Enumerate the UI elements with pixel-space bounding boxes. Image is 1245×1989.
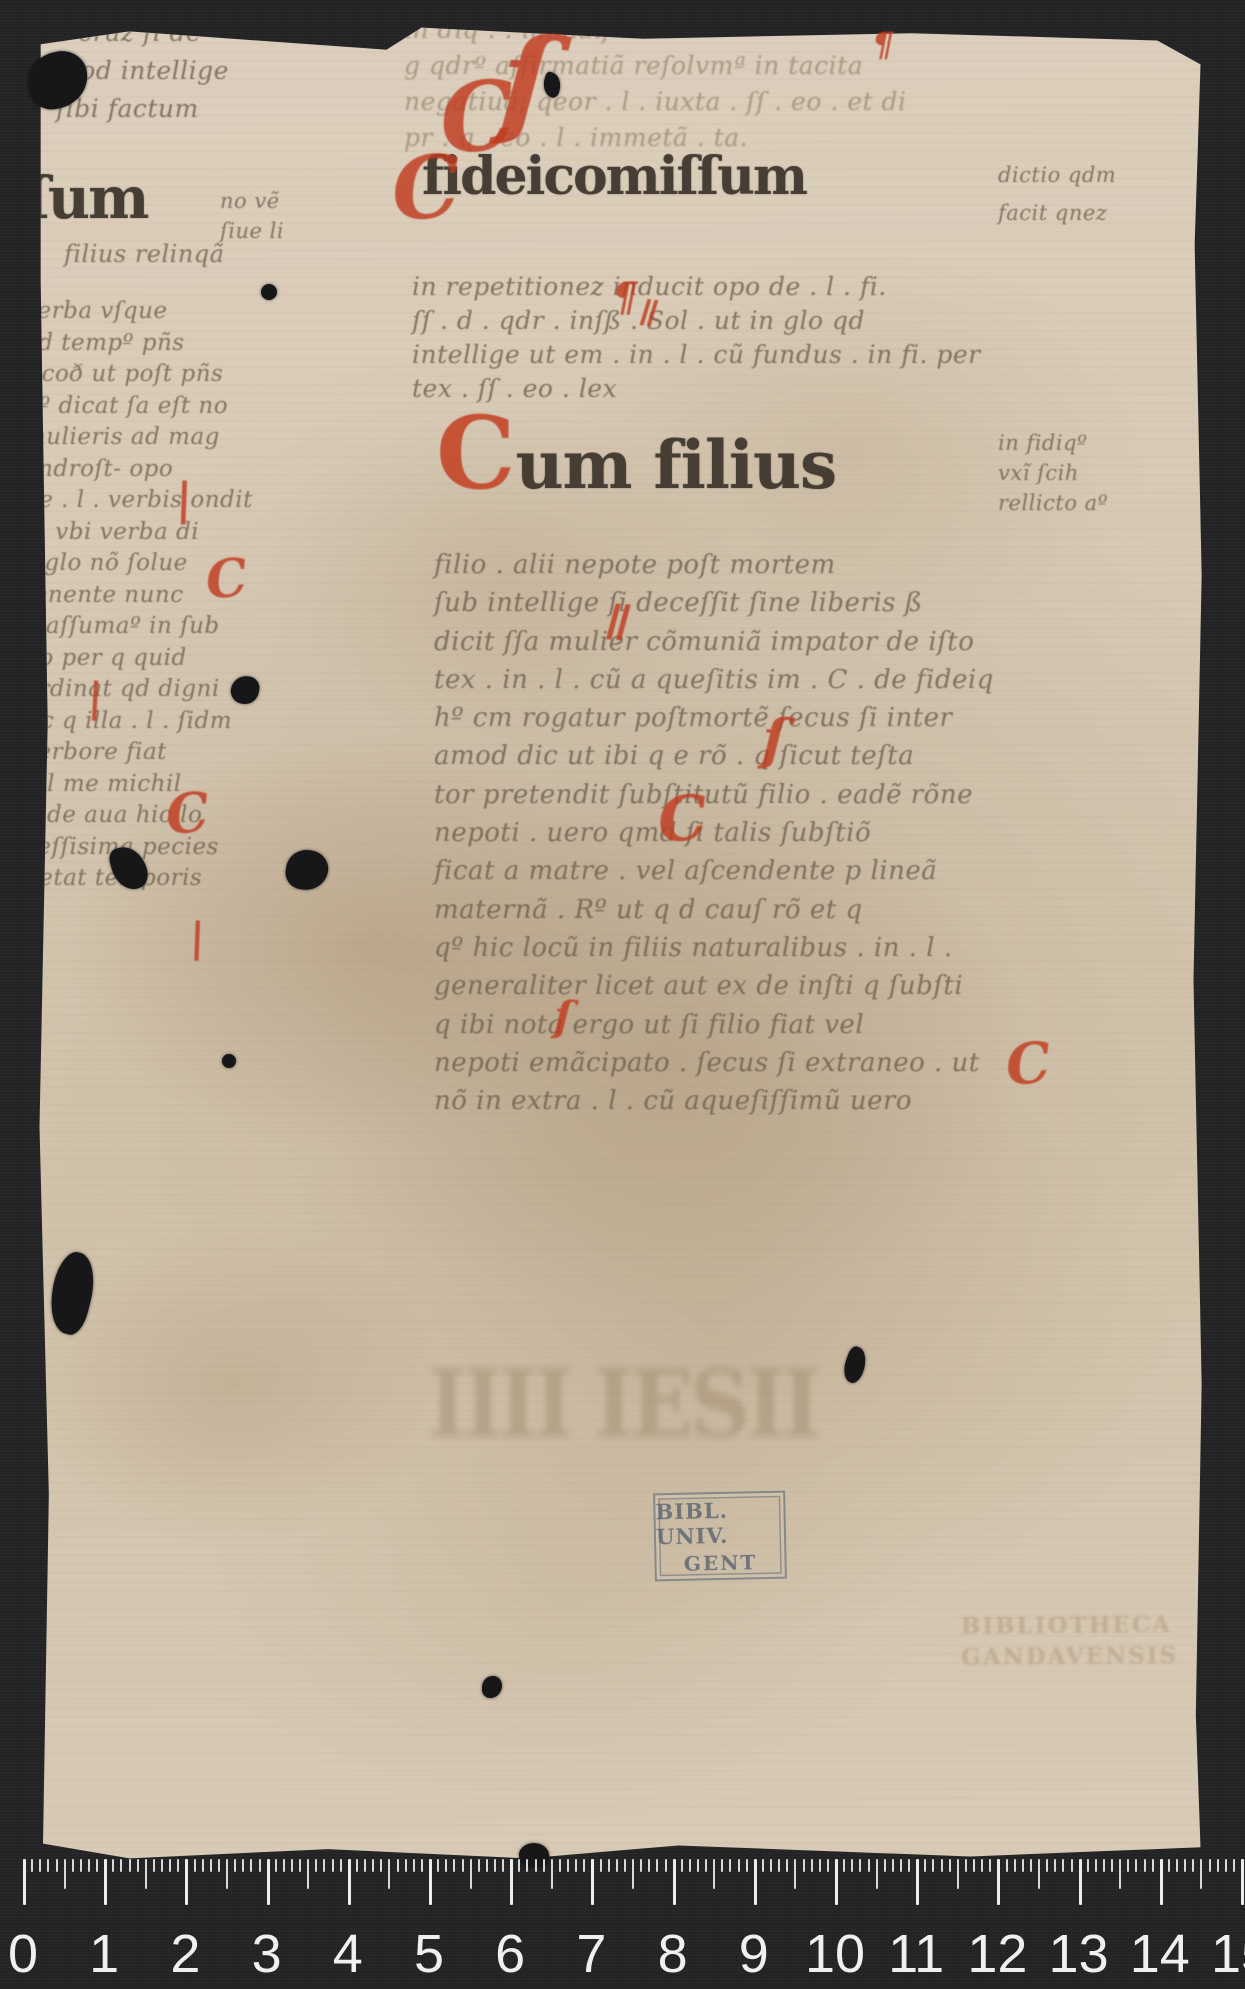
- ruler-tick: [819, 1859, 821, 1872]
- ruler-tick: [1200, 1859, 1202, 1889]
- manuscript-line: dictio qdm: [998, 156, 1116, 194]
- manuscript-line: intellige ut em . in . l . cũ fundus . i…: [412, 338, 981, 372]
- rubric-mark: ſ: [761, 711, 788, 768]
- manuscript-line: no vẽ: [220, 186, 284, 216]
- ruler-tick: [307, 1859, 309, 1889]
- ruler-tick: [275, 1859, 277, 1872]
- rubric-mark: |: [175, 478, 193, 523]
- ruler-tick: [518, 1859, 520, 1872]
- manuscript-line: q ibi nota ergo ut ſi filio fiat vel: [434, 1006, 994, 1044]
- left-heading-text: ſſum: [2, 164, 147, 232]
- rubric-mark: |: [87, 678, 104, 719]
- ruler-tick: [868, 1859, 870, 1872]
- parchment-hole: [261, 284, 277, 300]
- ruler-tick: [388, 1859, 390, 1889]
- ruler-tick: [1241, 1859, 1244, 1905]
- ruler-tick: [1095, 1859, 1097, 1872]
- ruler-tick: [859, 1859, 861, 1872]
- ruler-tick: [494, 1859, 496, 1872]
- ruler-tick: [1079, 1859, 1082, 1905]
- ruler-number: 0: [0, 1923, 55, 1985]
- ruler-number: 15: [1209, 1923, 1245, 1985]
- heading-cum-filius: Cum filius: [436, 408, 836, 504]
- ruler-tick: [551, 1859, 553, 1889]
- rubric-mark: ſ: [553, 996, 573, 1039]
- ruler-tick: [1233, 1859, 1235, 1872]
- manuscript-line: ın dıq . . ımmaıſ .: [404, 12, 907, 48]
- ruler-tick: [340, 1859, 342, 1872]
- manuscript-line: tex . in . l . cũ a queſitis im . C . de…: [434, 661, 994, 699]
- ruler-tick: [267, 1859, 270, 1905]
- ruler-number: 5: [397, 1923, 461, 1985]
- ruler-tick: [965, 1859, 967, 1872]
- manuscript-line: hº cm rogatur poſtmortẽ ſecus ſi inter: [434, 699, 994, 737]
- manuscript-line: maternã . Rº ut q d cauſ rõ et q: [434, 891, 994, 929]
- ruler-tick: [762, 1859, 764, 1872]
- ruler-tick: [356, 1859, 358, 1872]
- ruler-tick: [697, 1859, 699, 1872]
- ruler-tick: [1022, 1859, 1024, 1872]
- rubric-mark: |: [189, 918, 205, 958]
- ruler-tick: [648, 1859, 650, 1872]
- manuscript-line: in repetitionez inducit opo de . l . fi.: [412, 270, 981, 304]
- ruler-tick: [1119, 1859, 1121, 1889]
- manuscript-line: ſſ . d . qdr . inſß . Sol . ut in glo qd: [412, 304, 981, 338]
- ruler-tick: [843, 1859, 845, 1872]
- manuscript-line: ſiue li: [220, 216, 284, 246]
- ruler-tick: [299, 1859, 301, 1872]
- rubric-mark: ¶: [612, 278, 637, 318]
- left-heading-margin-note: no vẽſiue li: [220, 186, 284, 246]
- ruler-tick: [153, 1859, 155, 1872]
- ruler-tick: [526, 1859, 528, 1872]
- ruler-tick: [957, 1859, 959, 1889]
- ruler-tick: [803, 1859, 805, 1872]
- ruler-tick: [705, 1859, 707, 1872]
- ruler-tick: [932, 1859, 934, 1872]
- ruler-tick: [673, 1859, 676, 1905]
- ruler-tick: [535, 1859, 537, 1872]
- ruler-tick: [218, 1859, 220, 1872]
- manuscript-line: ɛ craz ſi de: [56, 14, 229, 52]
- ruler-tick: [1225, 1859, 1227, 1872]
- manuscript-line: rellicto aº: [998, 488, 1108, 518]
- ruler-tick: [1111, 1859, 1113, 1872]
- rubric-mark: ǁ: [604, 597, 632, 649]
- ruler-number: 1: [72, 1923, 136, 1985]
- manuscript-photo-scene: ɛ craz ſi demod intelligeſibi factum ſſu…: [0, 0, 1245, 1989]
- ruler-tick: [169, 1859, 171, 1872]
- rubric-mark: C: [164, 784, 212, 842]
- ruler-tick: [234, 1859, 236, 1872]
- rubric-mark: ǁ: [638, 295, 659, 333]
- ruler-tick: [31, 1859, 33, 1872]
- manuscript-line: l . vbi verba di: [24, 517, 253, 549]
- manuscript-line: fic q illa . l . ſidm: [24, 706, 253, 738]
- heading1-margin-note: dictio qdmfacit qnez: [998, 156, 1116, 232]
- ruler-number: 2: [153, 1923, 217, 1985]
- ruler-tick: [1087, 1859, 1089, 1872]
- ruler-tick: [56, 1859, 58, 1872]
- ruler-tick: [429, 1859, 432, 1905]
- ruler-tick: [332, 1859, 334, 1872]
- ruler-tick: [892, 1859, 894, 1872]
- ghost-stamp: BIBLIOTHECA GANDAVENSIS: [961, 1609, 1179, 1673]
- ruler-tick: [23, 1859, 26, 1905]
- ruler-tick: [405, 1859, 407, 1872]
- ruler-tick: [616, 1859, 618, 1872]
- ruler-tick: [194, 1859, 196, 1872]
- ruler-tick: [575, 1859, 577, 1872]
- manuscript-line: ſub intellige ſi deceſſit ſine liberis ß: [434, 584, 994, 622]
- ruler-tick: [1014, 1859, 1016, 1872]
- ruler-tick: [567, 1859, 569, 1872]
- left-heading-fragment: ſſum: [2, 164, 147, 232]
- ghost-stamp-line1: BIBLIOTHECA: [961, 1609, 1178, 1642]
- manuscript-line: filius relinqã: [64, 238, 224, 270]
- ruler-tick: [811, 1859, 813, 1872]
- library-stamp-line2: GENT: [684, 1550, 758, 1576]
- ruler-tick: [202, 1859, 204, 1872]
- ruler-tick: [713, 1859, 715, 1889]
- ruler-tick: [161, 1859, 163, 1872]
- ruler-tick: [364, 1859, 366, 1872]
- ruler-scale: 0123456789101112131415: [0, 1857, 1245, 1989]
- ruler-tick: [770, 1859, 772, 1872]
- ruler-tick: [1184, 1859, 1186, 1872]
- ruler-tick: [1135, 1859, 1137, 1872]
- ruler-tick: [486, 1859, 488, 1872]
- ruler-tick: [656, 1859, 658, 1872]
- ruler-tick: [478, 1859, 480, 1872]
- heading-cum-filius-text: um filius: [516, 426, 837, 504]
- ruler-tick: [884, 1859, 886, 1872]
- ruler-tick: [120, 1859, 122, 1872]
- parchment-hole: [222, 1054, 236, 1068]
- ruler-tick: [1192, 1859, 1194, 1872]
- ruler-tick: [372, 1859, 374, 1872]
- ruler-tick: [1046, 1859, 1048, 1872]
- ruler-tick: [226, 1859, 228, 1889]
- ruler-tick: [916, 1859, 919, 1905]
- rubric-mark: C: [655, 786, 710, 852]
- ruler-number: 10: [803, 1923, 867, 1985]
- ruler-tick: [851, 1859, 853, 1872]
- ruler-tick: [1144, 1859, 1146, 1872]
- ruler-tick: [210, 1859, 212, 1872]
- ruler-tick: [1006, 1859, 1008, 1872]
- ghost-stamp-line2: GANDAVENSIS: [961, 1640, 1178, 1673]
- ruler-tick: [681, 1859, 683, 1872]
- heading2-margin-note: in fidiqºvxĩ ſcihrellicto aº: [998, 428, 1108, 518]
- ruler-tick: [72, 1859, 74, 1872]
- ruler-number: 9: [722, 1923, 786, 1985]
- ruler-tick: [1176, 1859, 1178, 1872]
- manuscript-line: de . l . verbis ondit: [24, 485, 253, 517]
- rubric-mark: C: [203, 552, 250, 608]
- ruler-tick: [941, 1859, 943, 1872]
- ruler-tick: [502, 1859, 504, 1872]
- manuscript-line: facit qnez: [998, 194, 1116, 232]
- manuscript-line: vxĩ ſcih: [998, 458, 1108, 488]
- ruler-tick: [315, 1859, 317, 1872]
- library-stamp: BIBL. UNIV. GENT: [653, 1491, 787, 1582]
- manuscript-line: amod dic ut ibi q e rõ . q ſicut teſta: [434, 737, 994, 775]
- ruler-tick: [129, 1859, 131, 1872]
- ruler-tick: [47, 1859, 49, 1872]
- ruler-tick: [96, 1859, 98, 1872]
- ruler-tick: [64, 1859, 66, 1889]
- main-mid-lines: in repetitionez inducit opo de . l . fi.…: [412, 270, 981, 406]
- ruler-tick: [738, 1859, 740, 1872]
- main-body-paragraph: filio . alii nepote poſt mortemſub intel…: [434, 546, 994, 1120]
- ruler-tick: [39, 1859, 41, 1872]
- ruler-tick: [778, 1859, 780, 1872]
- manuscript-line: nepoti emãcipato . ſecus ſi extraneo . u…: [434, 1044, 994, 1082]
- left-subline: filius relinqã: [64, 238, 224, 270]
- ruler-tick: [380, 1859, 382, 1872]
- manuscript-line: verba vſque: [24, 296, 253, 328]
- ruler-tick: [470, 1859, 472, 1889]
- ruler-tick: [924, 1859, 926, 1872]
- ruler-tick: [177, 1859, 179, 1872]
- ruler-number: 7: [559, 1923, 623, 1985]
- ruler-tick: [908, 1859, 910, 1872]
- ruler-tick: [413, 1859, 415, 1872]
- ruler-tick: [88, 1859, 90, 1872]
- ruler-tick: [1062, 1859, 1064, 1872]
- ruler-tick: [608, 1859, 610, 1872]
- manuscript-line: hº dicat ſa eſt no: [24, 391, 253, 423]
- rubric-mark: ¶: [872, 28, 894, 62]
- ruler-tick: [437, 1859, 439, 1872]
- ruler-tick: [640, 1859, 642, 1872]
- manuscript-line: nepoti . uero qmd ſi talis ſubſtiõ: [434, 814, 994, 852]
- rubric-mark: C: [1004, 1034, 1053, 1094]
- ruler-tick: [786, 1859, 788, 1872]
- manuscript-line: tor pretendit ſubſtitutũ filio . eadẽ rõ…: [434, 776, 994, 814]
- ruler-tick: [1160, 1859, 1163, 1905]
- rubric-mark: C: [389, 144, 463, 235]
- ruler-tick: [543, 1859, 545, 1872]
- ruler-tick: [242, 1859, 244, 1872]
- ruler-number: 12: [965, 1923, 1029, 1985]
- manuscript-line: filio . alii nepote poſt mortem: [434, 546, 994, 584]
- ruler-tick: [729, 1859, 731, 1872]
- ruler-tick: [462, 1859, 464, 1872]
- ruler-tick: [624, 1859, 626, 1872]
- ruler-tick: [591, 1859, 594, 1905]
- manuscript-line: no per q quid: [24, 643, 253, 675]
- manuscript-line: endroſt- opo: [24, 454, 253, 486]
- manuscript-line: in fidiqº: [998, 428, 1108, 458]
- ruler-tick: [397, 1859, 399, 1872]
- ruler-tick: [421, 1859, 423, 1872]
- ruler-number: 14: [1128, 1923, 1192, 1985]
- ruler-tick: [445, 1859, 447, 1872]
- manuscript-line: qº hic locũ in filiis naturalibus . in .…: [434, 929, 994, 967]
- ruler-tick: [754, 1859, 757, 1905]
- ruler-number: 6: [478, 1923, 542, 1985]
- ruler-tick: [250, 1859, 252, 1872]
- ruler-tick: [1071, 1859, 1073, 1872]
- manuscript-line: ad tempº pñs: [24, 328, 253, 360]
- ruler-number: 13: [1047, 1923, 1111, 1985]
- manuscript-line: ficat a matre . vel aſcendente p lineã: [434, 852, 994, 890]
- ruler-tick: [1209, 1859, 1211, 1872]
- ruler-tick: [900, 1859, 902, 1872]
- ruler-tick: [1030, 1859, 1032, 1872]
- ruler-tick: [145, 1859, 147, 1889]
- manuscript-line: ticoð ut poſt pñs: [24, 359, 253, 391]
- manuscript-line: nil me michil: [24, 769, 253, 801]
- ruler-tick: [510, 1859, 513, 1905]
- ruler-tick: [973, 1859, 975, 1872]
- ruler-tick: [348, 1859, 351, 1905]
- rubric-initial-C: C: [436, 394, 516, 512]
- ruler-tick: [283, 1859, 285, 1872]
- manuscript-line: nõ in extra . l . cũ aqueſiſſimũ uero: [434, 1082, 994, 1120]
- ruler-number: 11: [884, 1923, 948, 1985]
- manuscript-line: ordinat qd digni: [24, 674, 253, 706]
- ruler-tick: [1168, 1859, 1170, 1872]
- ruler-tick: [583, 1859, 585, 1872]
- ruler-tick: [453, 1859, 455, 1872]
- ruler-tick: [323, 1859, 325, 1872]
- ruler-tick: [1038, 1859, 1040, 1889]
- library-stamp-line1: BIBL. UNIV.: [655, 1496, 784, 1549]
- ruler-number: 3: [235, 1923, 299, 1985]
- ruler-tick: [949, 1859, 951, 1872]
- ruler-number: 4: [316, 1923, 380, 1985]
- ruler-tick: [80, 1859, 82, 1872]
- manuscript-line: q de aua hic lo: [24, 800, 253, 832]
- ruler-tick: [689, 1859, 691, 1872]
- ruler-tick: [1127, 1859, 1129, 1872]
- ruler-tick: [559, 1859, 561, 1872]
- ruler-tick: [632, 1859, 634, 1889]
- ruler-tick: [104, 1859, 107, 1905]
- ruler-tick: [794, 1859, 796, 1889]
- ruler-tick: [259, 1859, 261, 1872]
- ruler-tick: [1103, 1859, 1105, 1872]
- manuscript-line: e aſſumaº in ſub: [24, 611, 253, 643]
- ruler-tick: [746, 1859, 748, 1872]
- ruler-tick: [291, 1859, 293, 1872]
- ruler-tick: [112, 1859, 114, 1872]
- manuscript-line: ſibi factum: [56, 90, 229, 128]
- ruler-tick: [1054, 1859, 1056, 1872]
- ruler-tick: [1152, 1859, 1154, 1872]
- ruler-tick: [721, 1859, 723, 1872]
- ruler-number: 8: [641, 1923, 705, 1985]
- ruler-tick: [835, 1859, 838, 1905]
- bleedthrough-text: IIII IESII: [428, 1348, 817, 1459]
- manuscript-line: mulieris ad mag: [24, 422, 253, 454]
- ruler-tick: [997, 1859, 1000, 1905]
- ruler-tick: [600, 1859, 602, 1872]
- manuscript-line: verbore fiat: [24, 737, 253, 769]
- ruler-tick: [665, 1859, 667, 1872]
- ruler-tick: [989, 1859, 991, 1872]
- ruler-tick: [981, 1859, 983, 1872]
- ruler-tick: [827, 1859, 829, 1872]
- ruler-tick: [137, 1859, 139, 1872]
- ruler-tick: [876, 1859, 878, 1889]
- manuscript-line: generaliter licet aut ex de inſti q ſubſ…: [434, 967, 994, 1005]
- manuscript-line: dicit ſſa mulier cõmuniã impator de iſto: [434, 623, 994, 661]
- ruler-tick: [1217, 1859, 1219, 1872]
- ruler-tick: [185, 1859, 188, 1905]
